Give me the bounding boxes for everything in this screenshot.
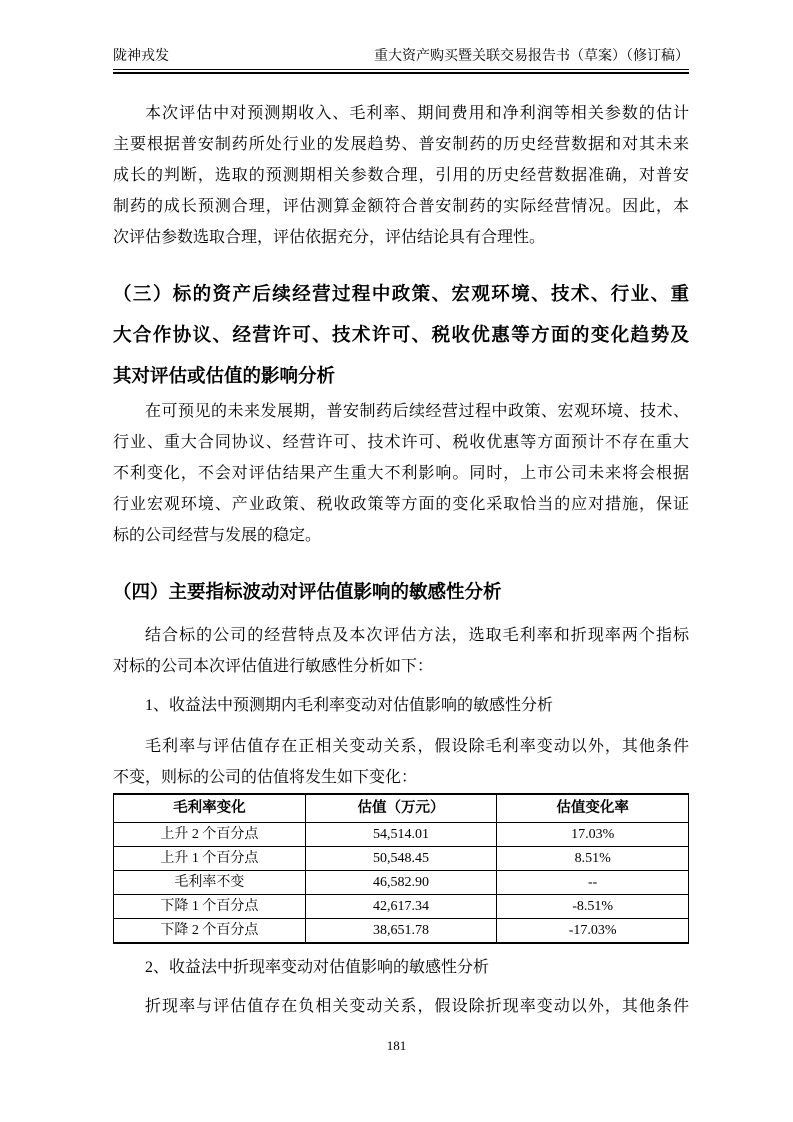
text-line: 不变，则标的公司的估值将发生如下变化： <box>113 762 689 793</box>
table-row: 下降 1 个百分点42,617.34-8.51% <box>114 895 689 919</box>
text-line: 在可预见的未来发展期，普安制药后续经营过程中政策、宏观环境、技术、 <box>113 396 689 427</box>
text-line: 2、收益法中折现率变动对估值影响的敏感性分析 <box>113 952 689 983</box>
table-row: 上升 1 个百分点50,548.458.51% <box>114 847 689 871</box>
page-header: 陇神戎发 重大资产购买暨关联交易报告书（草案）（修订稿） <box>113 47 689 74</box>
text-line: 大合作协议、经营许可、技术许可、税收优惠等方面的变化趋势及 <box>113 314 689 355</box>
paragraph: 结合标的公司的经营特点及本次评估方法，选取毛利率和折现率两个指标对标的公司本次评… <box>113 620 689 682</box>
table-cell: -17.03% <box>497 919 689 944</box>
text-line: （四）主要指标波动对评估值影响的敏感性分析 <box>113 571 689 612</box>
table-cell: 上升 1 个百分点 <box>114 847 306 871</box>
paragraph: 本次评估中对预测期收入、毛利率、期间费用和净利润等相关参数的估计主要根据普安制药… <box>113 98 689 253</box>
table-header-cell: 估值变化率 <box>497 794 689 823</box>
table-header-cell: 估值（万元） <box>305 794 497 823</box>
header-rule <box>113 69 689 74</box>
table-header-row: 毛利率变化估值（万元）估值变化率 <box>114 794 689 823</box>
text-line: 次评估参数选取合理，评估依据充分，评估结论具有合理性。 <box>113 222 689 253</box>
header-report-title: 重大资产购买暨关联交易报告书（草案）（修订稿） <box>374 47 689 67</box>
text-line: 行业、重大合同协议、经营许可、技术许可、税收优惠等方面预计不存在重大 <box>113 427 689 458</box>
table-cell: 42,617.34 <box>305 895 497 919</box>
text-line: 本次评估中对预测期收入、毛利率、期间费用和净利润等相关参数的估计 <box>113 98 689 129</box>
section-heading: （四）主要指标波动对评估值影响的敏感性分析 <box>113 571 689 612</box>
page-number: 181 <box>387 1038 407 1053</box>
page-footer: 181 <box>0 1038 793 1054</box>
numbered-item: 1、收益法中预测期内毛利率变动对估值影响的敏感性分析 <box>113 690 689 721</box>
table-header-cell: 毛利率变化 <box>114 794 306 823</box>
text-line: 主要根据普安制药所处行业的发展趋势、普安制药的历史经营数据和对其未来 <box>113 129 689 160</box>
table-cell: 17.03% <box>497 823 689 847</box>
header-row: 陇神戎发 重大资产购买暨关联交易报告书（草案）（修订稿） <box>113 47 689 67</box>
text-line: 成长的判断，选取的预测期相关参数合理，引用的历史经营数据准确，对普安 <box>113 160 689 191</box>
numbered-item: 2、收益法中折现率变动对估值影响的敏感性分析 <box>113 952 689 983</box>
paragraph: 折现率与评估值存在负相关变动关系，假设除折现率变动以外，其他条件 <box>113 991 689 1022</box>
table-row: 上升 2 个百分点54,514.0117.03% <box>114 823 689 847</box>
header-company-name: 陇神戎发 <box>113 47 169 67</box>
table-cell: -8.51% <box>497 895 689 919</box>
paragraph: 毛利率与评估值存在正相关变动关系，假设除毛利率变动以外，其他条件不变，则标的公司… <box>113 731 689 793</box>
table-row: 毛利率不变46,582.90-- <box>114 871 689 895</box>
document-page: 陇神戎发 重大资产购买暨关联交易报告书（草案）（修订稿） 本次评估中对预测期收入… <box>0 0 793 1122</box>
table-cell: 毛利率不变 <box>114 871 306 895</box>
table-cell: -- <box>497 871 689 895</box>
table-cell: 46,582.90 <box>305 871 497 895</box>
table-cell: 下降 1 个百分点 <box>114 895 306 919</box>
text-line: 结合标的公司的经营特点及本次评估方法，选取毛利率和折现率两个指标 <box>113 620 689 651</box>
text-line: 制药的成长预测合理，评估测算金额符合普安制药的实际经营情况。因此，本 <box>113 191 689 222</box>
text-line: 标的公司经营与发展的稳定。 <box>113 520 689 551</box>
section-heading: （三）标的资产后续经营过程中政策、宏观环境、技术、行业、重大合作协议、经营许可、… <box>113 273 689 396</box>
table-cell: 下降 2 个百分点 <box>114 919 306 944</box>
table-cell: 38,651.78 <box>305 919 497 944</box>
text-line: 折现率与评估值存在负相关变动关系，假设除折现率变动以外，其他条件 <box>113 991 689 1022</box>
text-line: 其对评估或估值的影响分析 <box>113 355 689 396</box>
text-line: 不利变化，不会对评估结果产生重大不利影响。同时，上市公司未来将会根据 <box>113 458 689 489</box>
table-cell: 54,514.01 <box>305 823 497 847</box>
text-line: 对标的公司本次评估值进行敏感性分析如下： <box>113 651 689 682</box>
table-cell: 50,548.45 <box>305 847 497 871</box>
paragraph: 在可预见的未来发展期，普安制药后续经营过程中政策、宏观环境、技术、行业、重大合同… <box>113 396 689 551</box>
sensitivity-table: 毛利率变化估值（万元）估值变化率上升 2 个百分点54,514.0117.03%… <box>113 793 689 944</box>
text-line: （三）标的资产后续经营过程中政策、宏观环境、技术、行业、重 <box>113 273 689 314</box>
text-line: 1、收益法中预测期内毛利率变动对估值影响的敏感性分析 <box>113 690 689 721</box>
table-cell: 8.51% <box>497 847 689 871</box>
document-body: 本次评估中对预测期收入、毛利率、期间费用和净利润等相关参数的估计主要根据普安制药… <box>113 78 689 1022</box>
text-line: 行业宏观环境、产业政策、税收政策等方面的变化采取恰当的应对措施，保证 <box>113 489 689 520</box>
table-cell: 上升 2 个百分点 <box>114 823 306 847</box>
text-line: 毛利率与评估值存在正相关变动关系，假设除毛利率变动以外，其他条件 <box>113 731 689 762</box>
table-row: 下降 2 个百分点38,651.78-17.03% <box>114 919 689 944</box>
